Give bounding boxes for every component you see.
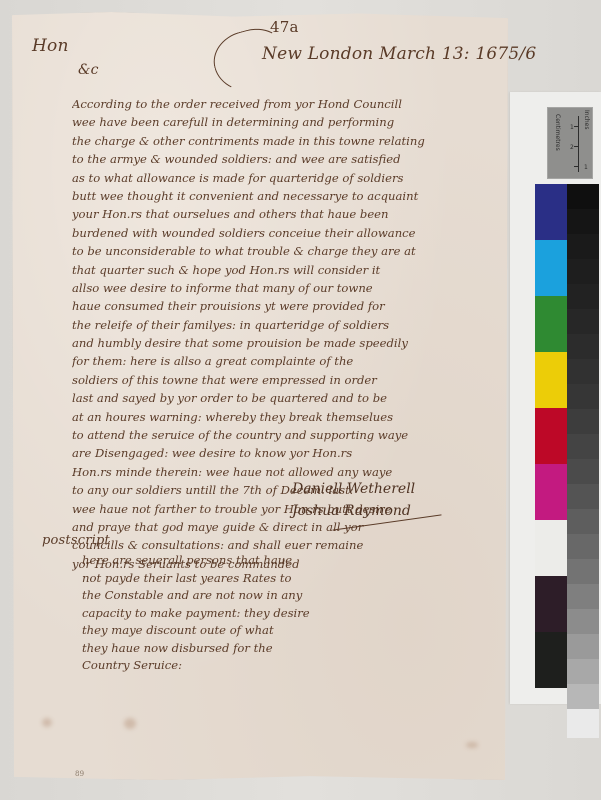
- color-patch-gray-step-10: [567, 409, 599, 434]
- color-patch-gray-step-8: [567, 359, 599, 384]
- color-patch-gray-step-2: [567, 209, 599, 234]
- color-patch-gray-step-4: [567, 259, 599, 284]
- postscript-label: postscript: [42, 533, 110, 548]
- ruler-tick: [574, 126, 579, 127]
- color-patch-gray-step-19: [567, 634, 599, 659]
- ruler-label-centimetres: Centimetres: [554, 114, 561, 151]
- letter-line: and humbly desire that some prouision be…: [72, 334, 492, 352]
- dateline-text: New London March 13: 1675/6: [262, 44, 536, 64]
- signature: Joshua Raymond: [292, 500, 442, 522]
- color-patch-gray-step-6: [567, 309, 599, 334]
- color-patch-gray-step-5: [567, 284, 599, 309]
- ruler-inch-mark-1: 1: [584, 164, 588, 171]
- color-patch-gray-step-12: [567, 459, 599, 484]
- color-patch-gray-step-11: [567, 434, 599, 459]
- color-patch-gray-step-20: [567, 659, 599, 684]
- postscript-line: capacity to make payment: they desire: [82, 605, 322, 623]
- ruler-tick: [574, 166, 579, 167]
- color-patch-gray-step-9: [567, 384, 599, 409]
- ruler-label-inches: Inches: [583, 110, 590, 130]
- ruler-tick: [578, 116, 579, 172]
- color-patch-gray-step-17: [567, 584, 599, 609]
- postscript-body: here are seuerall persons that hauenot p…: [82, 552, 322, 675]
- postscript-line: Country Seruice:: [82, 657, 322, 675]
- color-patch-gray-step-14: [567, 509, 599, 534]
- color-patch-gray-step-1: [567, 184, 599, 209]
- color-patch-green: [535, 296, 567, 352]
- signature-block: Daniell WetherellJoshua Raymond: [292, 478, 442, 523]
- letter-line: wee have been carefull in determining an…: [72, 113, 492, 131]
- ruler-mark-1: 1: [570, 124, 574, 131]
- letter-line: as to what allowance is made for quarter…: [72, 169, 492, 187]
- postscript-line: not payde their last yeares Rates to: [82, 570, 322, 588]
- letter-line: for them: here is allso a great complain…: [72, 352, 492, 370]
- postscript-line: the Constable and are not now in any: [82, 587, 322, 605]
- letter-line: According to the order received from yor…: [72, 95, 492, 113]
- color-patch-yellow: [535, 352, 567, 408]
- color-patch-white: [535, 520, 567, 576]
- letter-line: the charge & other contriments made in t…: [72, 132, 492, 150]
- letter-line: to attend the seruice of the country and…: [72, 426, 492, 444]
- color-patch-red: [535, 408, 567, 464]
- grayscale-patch-column: [567, 184, 599, 738]
- color-patch-gray-step-15: [567, 534, 599, 559]
- color-patch-magenta: [535, 464, 567, 520]
- color-calibration-target: Centimetres Inches 1 2 1: [510, 92, 601, 704]
- color-patch-gray-step-18: [567, 609, 599, 634]
- paper-stain: [466, 742, 478, 748]
- paper-stain: [124, 718, 136, 729]
- paper-stain: [42, 718, 52, 727]
- letter-line: butt wee thought it convenient and neces…: [72, 187, 492, 205]
- salutation-etc: &c: [78, 62, 99, 78]
- letter-line: allso wee desire to informe that many of…: [72, 279, 492, 297]
- color-patch-white-step: [567, 709, 599, 738]
- color-patch-gray-step-7: [567, 334, 599, 359]
- letter-line: are Disengaged: wee desire to know yor H…: [72, 444, 492, 462]
- letter-line: at an houres warning: whereby they break…: [72, 408, 492, 426]
- ruler-tick: [574, 146, 579, 147]
- color-patch-three-quarter-tone: [535, 576, 567, 632]
- color-patch-gray-step-3: [567, 234, 599, 259]
- postscript-line: they maye discount oute of what: [82, 622, 322, 640]
- letter-line: the releife of their familyes: in quarte…: [72, 316, 492, 334]
- archive-number: 89: [75, 770, 84, 778]
- letter-line: haue consumed their prouisions yt were p…: [72, 297, 492, 315]
- color-patch-cyan: [535, 240, 567, 296]
- color-patch-gray-step-13: [567, 484, 599, 509]
- salutation: Hon: [32, 36, 69, 56]
- postscript-line: here are seuerall persons that haue: [82, 552, 322, 570]
- color-patch-gray-step-21: [567, 684, 599, 709]
- color-patch-gray-step-16: [567, 559, 599, 584]
- measurement-ruler: Centimetres Inches 1 2 1: [547, 107, 593, 179]
- letter-line: your Hon.rs that ourselues and others th…: [72, 205, 492, 223]
- color-patch-black: [535, 632, 567, 688]
- letter-line: to the armye & wounded soldiers: and wee…: [72, 150, 492, 168]
- dateline: New London March 13: 1675/6: [262, 44, 536, 64]
- letter-line: to be unconsiderable to what trouble & c…: [72, 242, 492, 260]
- letter-line: that quarter such & hope yod Hon.rs will…: [72, 261, 492, 279]
- letter-line: burdened with wounded soldiers conceiue …: [72, 224, 492, 242]
- signature: Daniell Wetherell: [292, 478, 442, 500]
- postscript-line: they haue now disbursed for the: [82, 640, 322, 658]
- letter-line: soldiers of this towne that were empress…: [72, 371, 492, 389]
- color-patch-blue: [535, 184, 567, 240]
- color-patch-column: [535, 184, 567, 688]
- ruler-mark-2: 2: [570, 144, 574, 151]
- letter-line: last and sayed by yor order to be quarte…: [72, 389, 492, 407]
